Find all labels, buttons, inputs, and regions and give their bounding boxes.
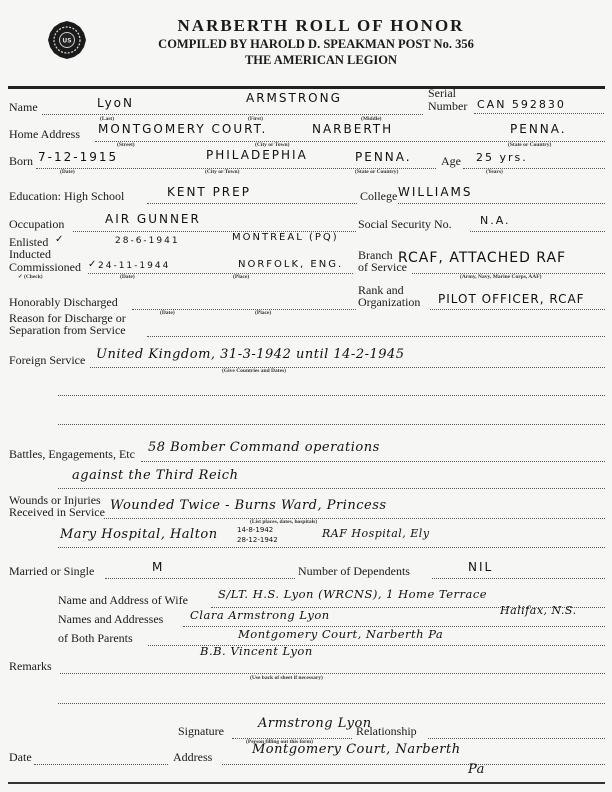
college-label: College [360, 189, 397, 204]
parents-value-line2[interactable]: Montgomery Court, Narberth Pa [238, 627, 443, 641]
age-hint: (Years) [486, 169, 503, 175]
occupation-label: Occupation [9, 217, 64, 232]
born-label: Born [9, 154, 33, 169]
enlisted-place-value[interactable]: MONTREAL (PQ) [232, 232, 339, 243]
college-value[interactable]: WILLIAMS [398, 185, 473, 199]
serial-number-value[interactable]: CAN 592830 [477, 98, 566, 111]
remarks-line-2[interactable] [58, 703, 605, 704]
foreign-service-line-3[interactable] [58, 424, 605, 425]
name-label: Name [9, 100, 38, 115]
age-value[interactable]: 25 yrs. [476, 151, 528, 164]
parents-value-line3[interactable]: B.B. Vincent Lyon [200, 644, 313, 658]
address-label: Address [173, 750, 212, 765]
home-state-hint: (State or Country) [508, 142, 551, 148]
commissioned-label: Commissioned [9, 260, 81, 275]
wife-value-2[interactable]: Halifax, N.S. [500, 604, 577, 617]
serial-label-bottom: Number [428, 99, 467, 114]
married-value[interactable]: M [152, 560, 164, 574]
address-line [222, 764, 605, 765]
foreign-service-value[interactable]: United Kingdom, 31-3-1942 until 14-2-194… [96, 347, 405, 362]
parents-label-bottom: of Both Parents [58, 631, 133, 646]
wounds-line-2 [58, 547, 605, 548]
wife-label: Name and Address of Wife [58, 593, 188, 608]
wounds-value-line2b[interactable]: RAF Hospital, Ely [322, 527, 430, 540]
date-label: Date [9, 750, 32, 765]
organization-name: THE AMERICAN LEGION [0, 53, 612, 68]
branch-hint: (Army, Navy, Marine Corps, AAF) [460, 274, 541, 280]
form-title: NARBERTH ROLL OF HONOR [0, 16, 612, 36]
foreign-service-line [90, 367, 605, 368]
high-school-value[interactable]: KENT PREP [167, 185, 251, 199]
battles-value-line1[interactable]: 58 Bomber Command operations [148, 440, 380, 455]
commissioned-check[interactable]: ✓ [88, 259, 98, 270]
foreign-service-label: Foreign Service [9, 353, 85, 368]
married-line [105, 578, 295, 579]
born-date-value[interactable]: 7-12-1915 [38, 150, 118, 164]
enlisted-date-value[interactable]: 28-6-1941 [115, 236, 180, 246]
home-street-value[interactable]: MONTGOMERY COURT. [98, 122, 267, 136]
reason-label-bottom: Separation from Service [9, 323, 126, 338]
reason-line[interactable] [147, 336, 605, 337]
signature-label: Signature [178, 724, 224, 739]
dependents-label: Number of Dependents [298, 564, 410, 579]
high-school-line [147, 203, 357, 204]
branch-value[interactable]: RCAF, ATTACHED RAF [398, 250, 566, 266]
education-label: Education: High School [9, 189, 124, 204]
born-state-value[interactable]: PENNA. [355, 150, 412, 164]
address-value-line2[interactable]: Pa [468, 762, 485, 777]
battles-line-2 [58, 488, 605, 489]
born-state-hint: (State or Country) [355, 169, 398, 175]
born-date-hint: (Date) [60, 169, 75, 175]
social-security-label: Social Security No. [358, 217, 452, 232]
commissioned-place-value[interactable]: NORFOLK, ENG. [238, 259, 343, 270]
age-line [463, 168, 605, 169]
born-city-hint: (City or Town) [205, 169, 239, 175]
social-security-value[interactable]: N.A. [480, 214, 511, 227]
dependents-line [432, 578, 605, 579]
honorably-discharged-label: Honorably Discharged [9, 295, 118, 310]
rank-value[interactable]: PILOT OFFICER, RCAF [438, 292, 585, 306]
home-street-hint: (Street) [117, 142, 135, 148]
name-last-value[interactable]: LyoN [97, 96, 134, 110]
form-subtitle: COMPILED BY HAROLD D. SPEAKMAN POST No. … [0, 37, 612, 52]
enlisted-check[interactable]: ✓ [55, 234, 65, 245]
home-state-value[interactable]: PENNA. [510, 122, 567, 136]
remarks-label: Remarks [9, 659, 52, 674]
battles-label: Battles, Engagements, Etc [9, 447, 135, 462]
wounds-line [104, 518, 605, 519]
signature-value[interactable]: Armstrong Lyon [258, 716, 372, 731]
college-line [398, 203, 605, 204]
check-hint: ✓ (Check) [18, 274, 43, 280]
remarks-hint: (Use back of sheet if necessary) [250, 675, 323, 681]
foreign-service-line-2[interactable] [58, 395, 605, 396]
married-label: Married or Single [9, 564, 94, 579]
born-city-value[interactable]: PHILADEPHIA [206, 148, 308, 162]
wounds-label-bottom: Received in Service [9, 505, 105, 520]
age-label: Age [441, 154, 461, 169]
address-value-line1[interactable]: Montgomery Court, Narberth [252, 742, 461, 757]
wounds-hint: (List places, dates, hospitals) [250, 519, 317, 525]
home-address-label: Home Address [9, 127, 80, 142]
battles-value-line2[interactable]: against the Third Reich [72, 468, 238, 483]
parents-label-top: Names and Addresses [58, 612, 163, 627]
name-first-value[interactable]: ARMSTRONG [246, 91, 342, 105]
place-hint: (Place) [233, 274, 249, 280]
date-hint: (Date) [120, 274, 135, 280]
discharged-place-hint: (Place) [255, 310, 271, 316]
roll-of-honor-form: US NARBERTH ROLL OF HONOR COMPILED BY HA… [0, 0, 612, 792]
parents-value-line1[interactable]: Clara Armstrong Lyon [190, 608, 330, 622]
serial-line [474, 113, 604, 114]
remarks-line[interactable] [60, 673, 605, 674]
foreign-service-hint: (Give Countries and Dates) [222, 368, 286, 374]
occupation-value[interactable]: AIR GUNNER [105, 212, 201, 226]
date-line[interactable] [34, 764, 168, 765]
relationship-label: Relationship [356, 724, 417, 739]
commissioned-date-value[interactable]: 24-11-1944 [98, 261, 170, 271]
header-divider [8, 86, 605, 89]
social-security-line [470, 231, 605, 232]
relationship-line[interactable] [428, 738, 605, 739]
discharged-date-hint: (Date) [160, 310, 175, 316]
wounds-value-line1[interactable]: Wounded Twice - Burns Ward, Princess [110, 498, 387, 513]
wounds-value-line2[interactable]: Mary Hospital, Halton [60, 527, 218, 542]
wounds-date-2[interactable]: 28-12-1942 [237, 536, 278, 544]
name-line [42, 114, 423, 115]
wounds-date-1[interactable]: 14-8-1942 [237, 526, 273, 534]
rank-label-bottom: Organization [358, 295, 420, 310]
wife-value[interactable]: S/LT. H.S. Lyon (WRCNS), 1 Home Terrace [218, 587, 487, 601]
home-city-value[interactable]: NARBERTH [312, 122, 393, 136]
footer-divider [8, 782, 605, 784]
battles-line [141, 461, 605, 462]
rank-line [430, 309, 605, 310]
dependents-value[interactable]: NIL [468, 560, 493, 574]
